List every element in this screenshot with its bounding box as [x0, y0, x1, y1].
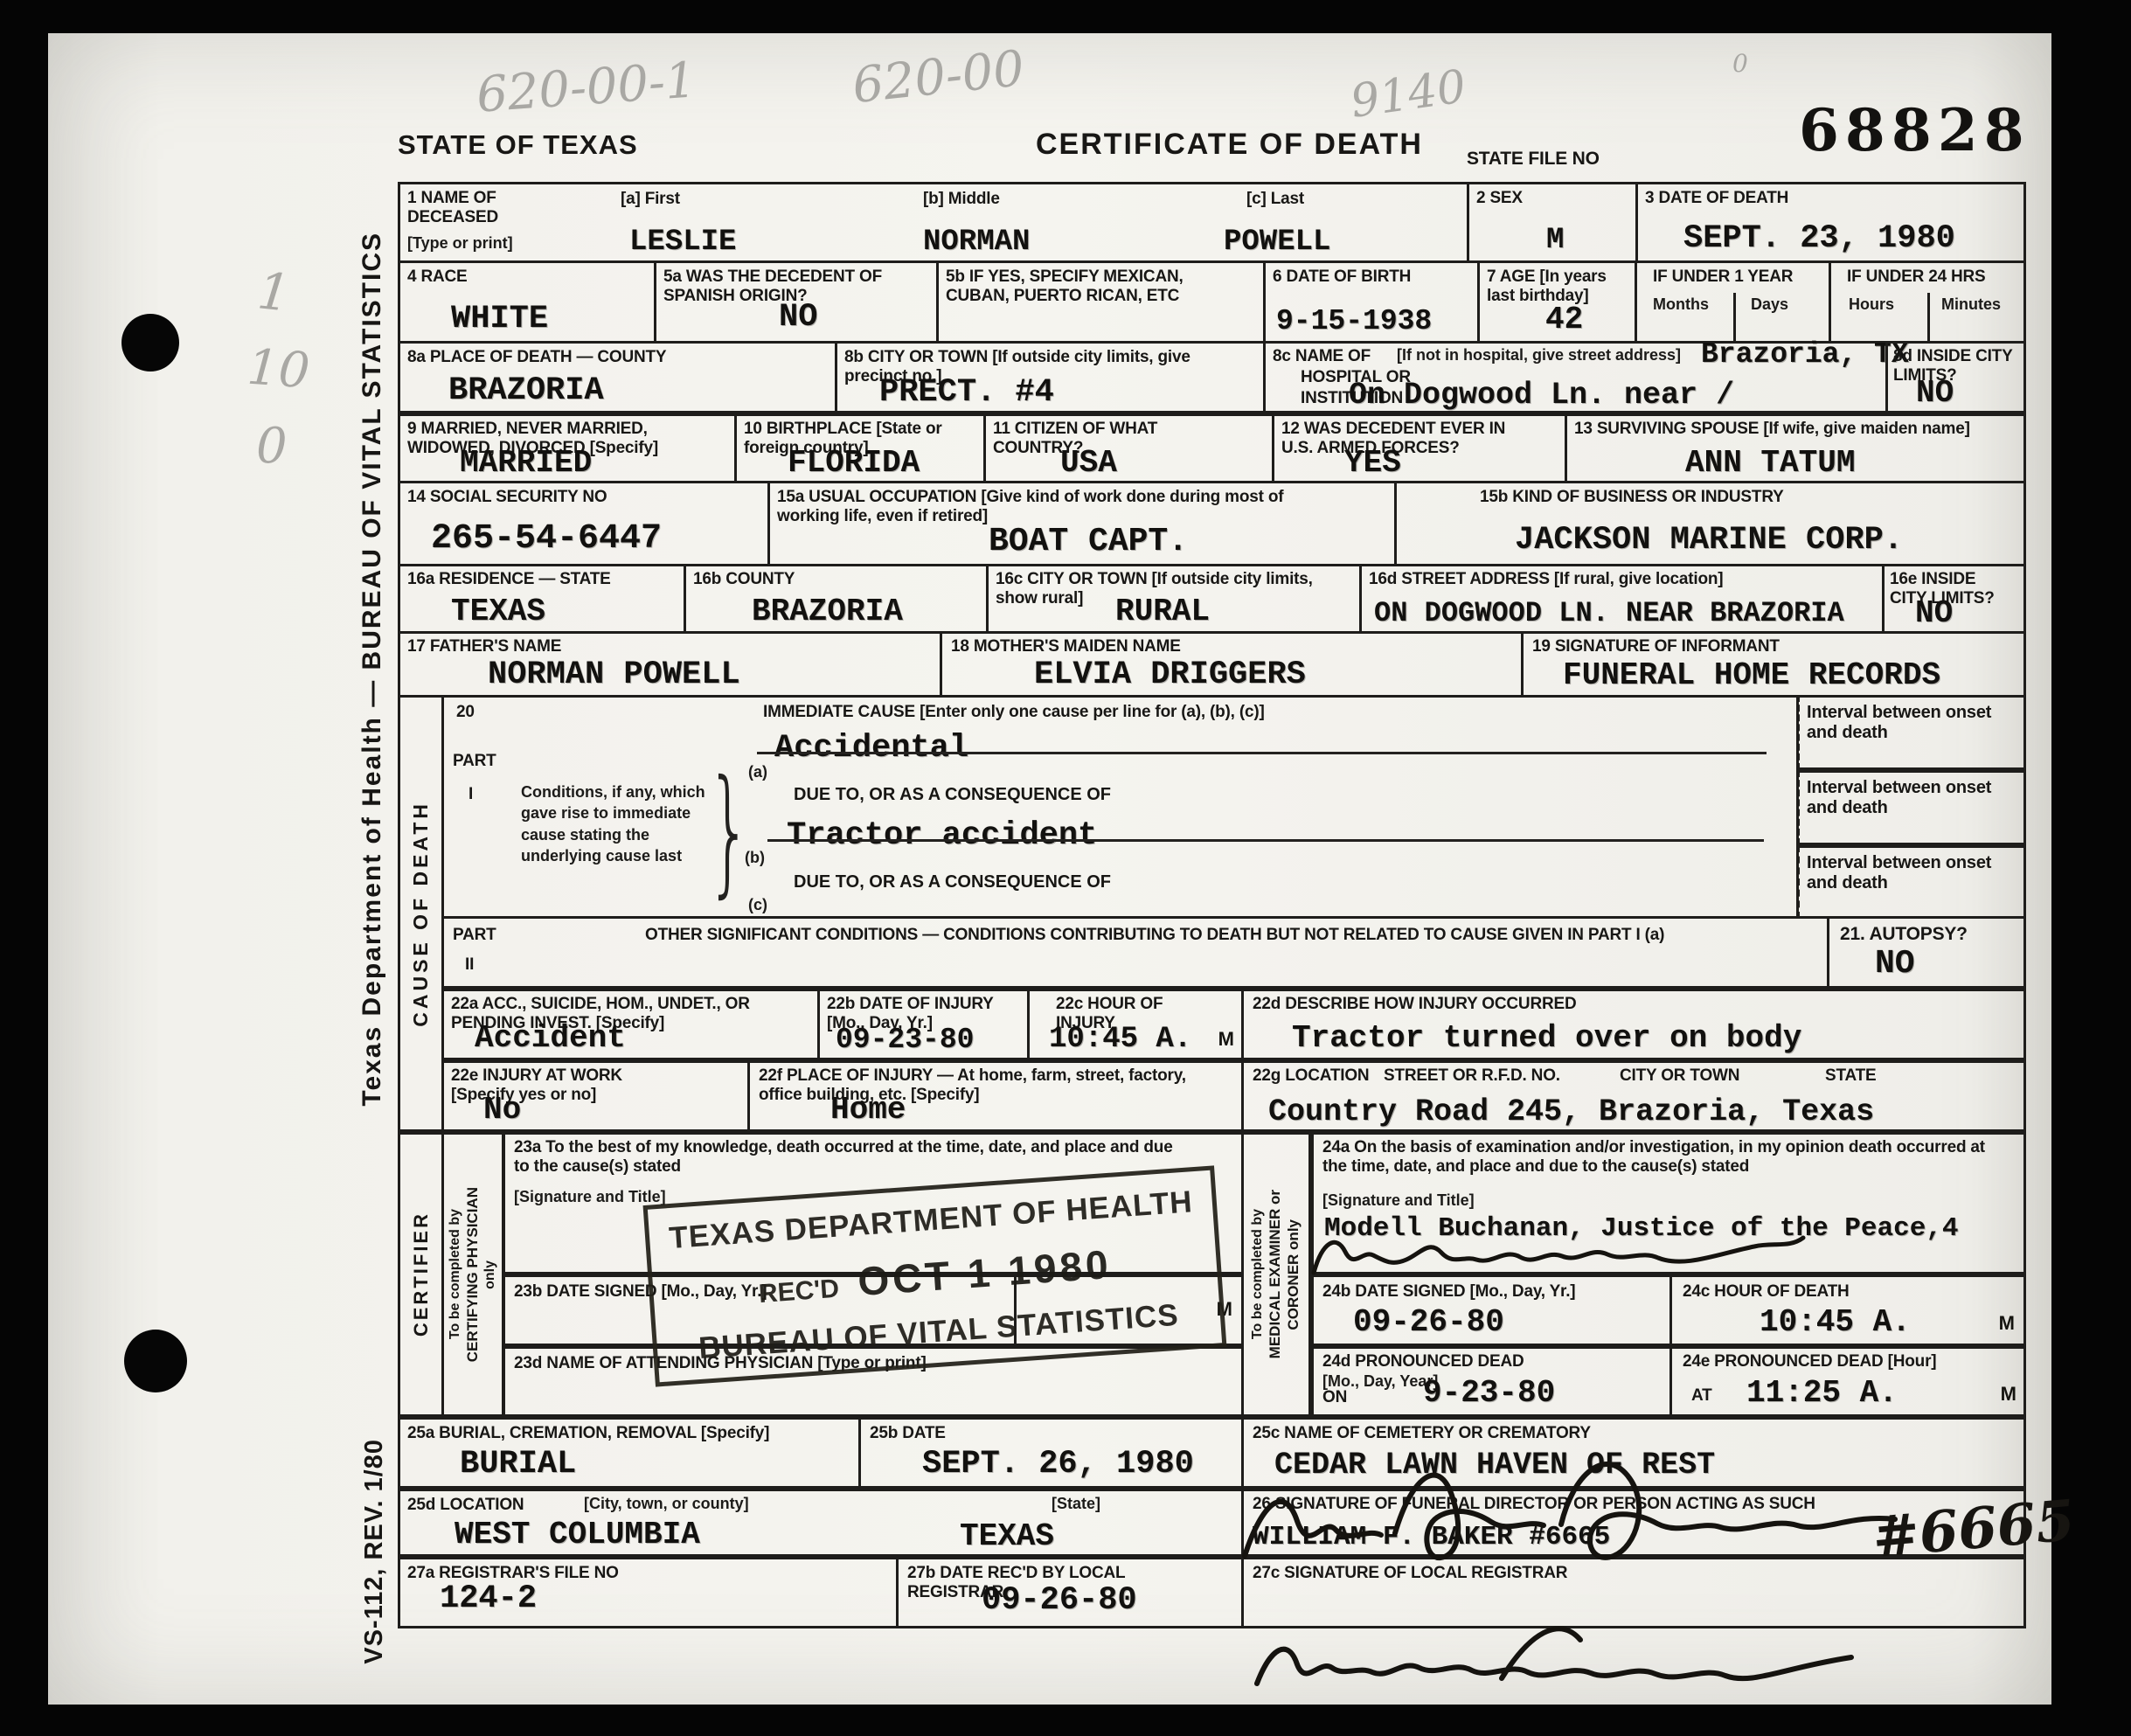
residence-inside-city-value: NO — [1915, 598, 1953, 629]
field-disposition-location: 25d LOCATION [City, town, or county] [St… — [398, 1489, 1244, 1557]
interval-label: Interval between onset and death — [1807, 853, 1999, 893]
residence-city-value: RURAL — [1115, 596, 1210, 628]
field-date-received: 27b DATE REC'D BY LOCAL REGISTRAR 09-26-… — [896, 1557, 1244, 1628]
date-of-birth-value: 9-15-1938 — [1276, 307, 1432, 336]
field-injury-location: 22g LOCATION STREET OR R.F.D. NO. CITY O… — [1241, 1060, 2026, 1132]
first-name-label: [a] First — [621, 190, 680, 209]
field-label: 2 SEX — [1476, 189, 1523, 208]
date-received-value: 09-26-80 — [982, 1585, 1137, 1617]
field-hospital-or-institution: 8c NAME OF [If not in hospital, give str… — [1263, 341, 1888, 413]
immediate-cause-label: IMMEDIATE CAUSE [Enter only one cause pe… — [763, 703, 1427, 722]
field-label: 21. AUTOPSY? — [1840, 924, 1968, 945]
field-label: 8d INSIDE CITY LIMITS? — [1893, 347, 2016, 385]
field-label: 8c NAME OF — [1273, 347, 1371, 366]
line-c-tag: (c) — [748, 897, 767, 914]
punch-hole-top — [121, 314, 179, 372]
field-disposition: 25a BURIAL, CREMATION, REMOVAL [Specify]… — [398, 1417, 861, 1489]
location-hint: [City, town, or county] — [584, 1496, 749, 1513]
part1-label: PART — [453, 752, 496, 771]
field-residence-county: 16b COUNTY BRAZORIA — [684, 564, 989, 634]
spouse-value: ANN TATUM — [1685, 448, 1855, 479]
registrar-file-no-value: 124-2 — [440, 1583, 537, 1615]
interval-box-b: Interval between onset and death — [1796, 770, 2026, 845]
field-label: 25a BURIAL, CREMATION, REMOVAL [Specify] — [407, 1424, 769, 1443]
field-residence-city: 16c CITY OR TOWN [If outside city limits… — [986, 564, 1362, 634]
due-to-label-b: DUE TO, OR AS A CONSEQUENCE OF — [794, 872, 1111, 892]
place-of-injury-value: Home — [830, 1094, 906, 1126]
field-label: 12 WAS DECEDENT EVER IN U.S. ARMED FORCE… — [1281, 420, 1535, 457]
line-a-tag: (a) — [748, 764, 767, 781]
describe-injury-value: Tractor turned over on body — [1292, 1023, 1801, 1054]
date-signed-24b-value: 09-26-80 — [1353, 1307, 1504, 1338]
hours-label: Hours — [1849, 296, 1894, 314]
field-label: IF UNDER 24 HRS — [1847, 267, 1986, 287]
field-hint: [If not in hospital, give street address… — [1397, 347, 1681, 365]
field-ssn: 14 SOCIAL SECURITY NO 265-54-6447 — [398, 481, 770, 566]
age-value: 42 — [1545, 304, 1583, 336]
location-street-label: STREET OR R.F.D. NO. — [1384, 1066, 1560, 1086]
field-label: 15a USUAL OCCUPATION [Give kind of work … — [777, 488, 1328, 525]
physician-strip-line2: CERTIFYING PHYSICIAN — [464, 1187, 482, 1362]
state-hint: [State] — [1052, 1496, 1100, 1513]
pronounced-hour-value: 11:25 A. — [1746, 1378, 1898, 1409]
hour-of-death-value: 10:45 A. — [1760, 1307, 1911, 1338]
autopsy-value: NO — [1875, 948, 1915, 981]
citizen-value: USA — [1060, 448, 1117, 479]
field-label: 22g LOCATION — [1253, 1066, 1369, 1086]
pronounced-at-label: AT — [1691, 1386, 1712, 1406]
margin-department-strip: Texas Department of Health — BUREAU OF V… — [350, 184, 395, 1154]
field-label: 13 SURVIVING SPOUSE [If wife, give maide… — [1574, 420, 2011, 439]
armed-forces-value: YES — [1344, 448, 1401, 479]
sub-divider — [1927, 293, 1930, 341]
cause-of-death-part2: PART II OTHER SIGNIFICANT CONDITIONS — C… — [441, 916, 1829, 989]
field-label: 25d LOCATION — [407, 1496, 524, 1515]
race-value: WHITE — [451, 303, 548, 336]
field-marital-status: 9 MARRIED, NEVER MARRIED, WIDOWED, DIVOR… — [398, 413, 737, 483]
field-sex: 2 SEX M — [1467, 182, 1638, 263]
field-label: 4 RACE — [407, 267, 467, 287]
location-city-label: CITY OR TOWN — [1620, 1066, 1739, 1086]
injury-date-value: 09-23-80 — [836, 1025, 974, 1054]
department-vertical-label: Texas Department of Health — BUREAU OF V… — [357, 232, 387, 1107]
conditions-note: Conditions, if any, which gave rise to i… — [521, 781, 709, 866]
disposition-date-value: SEPT. 26, 1980 — [922, 1448, 1194, 1481]
field-label: 16b COUNTY — [693, 570, 795, 589]
state-file-number: 68828 — [1799, 96, 2030, 164]
field-hint: [Type or print] — [407, 235, 513, 253]
field-label: 22f PLACE OF INJURY — At home, farm, str… — [759, 1066, 1213, 1104]
medical-strip-line2: MEDICAL EXAMINER or — [1267, 1190, 1284, 1358]
certification-statement-24a: 24a On the basis of examination and/or i… — [1322, 1138, 1996, 1176]
field-number: 20 — [456, 703, 475, 722]
field-date-of-injury: 22b DATE OF INJURY [Mo., Day, Yr.] 09-23… — [817, 989, 1030, 1060]
disposition-location-value: WEST COLUMBIA — [455, 1519, 700, 1551]
last-name-value: POWELL — [1224, 227, 1330, 257]
state-file-no-label: STATE FILE NO — [1467, 149, 1600, 170]
field-label: 16d STREET ADDRESS [If rural, give locat… — [1369, 570, 1723, 589]
field-surviving-spouse: 13 SURVIVING SPOUSE [If wife, give maide… — [1565, 413, 2026, 483]
field-disposition-date: 25b DATE SEPT. 26, 1980 — [858, 1417, 1244, 1489]
field-label: 16a RESIDENCE — STATE — [407, 570, 611, 589]
injury-hour-m-suffix: M — [1218, 1028, 1234, 1051]
interval-label: Interval between onset and death — [1807, 778, 1999, 818]
months-label: Months — [1653, 296, 1709, 314]
medical-strip-line3: CORONER only — [1285, 1219, 1302, 1330]
field-date-of-birth: 6 DATE OF BIRTH 9-15-1938 — [1263, 260, 1480, 344]
field-label: 19 SIGNATURE OF INFORMANT — [1532, 637, 1780, 656]
field-label: 15b KIND OF BUSINESS OR INDUSTRY — [1480, 488, 1784, 507]
field-armed-forces: 12 WAS DECEDENT EVER IN U.S. ARMED FORCE… — [1272, 413, 1567, 483]
occupation-value: BOAT CAPT. — [989, 525, 1188, 559]
field-label: IF UNDER 1 YEAR — [1653, 267, 1793, 287]
field-father-name: 17 FATHER'S NAME NORMAN POWELL — [398, 631, 942, 698]
field-informant-signature: 19 SIGNATURE OF INFORMANT FUNERAL HOME R… — [1521, 631, 2026, 698]
manner-value: Accident — [475, 1023, 626, 1054]
disposition-value: BURIAL — [460, 1448, 576, 1481]
disposition-state-value: TEXAS — [960, 1521, 1054, 1552]
inside-city-value: NO — [1916, 378, 1954, 409]
part2-label: PART — [453, 926, 496, 945]
cause-line-b-value: Tractor accident — [787, 820, 1097, 852]
cause-line-b-rule — [767, 839, 1764, 842]
pronounced-date-value: 9-23-80 — [1423, 1378, 1555, 1409]
local-registrar-signature — [1248, 1598, 1860, 1707]
institution-city-value: Brazoria, TX — [1701, 340, 1909, 369]
certifier-strip: CERTIFIER — [398, 1132, 444, 1417]
pronounced-hour-m-suffix: M — [2001, 1383, 2016, 1406]
brace-glyph: } — [706, 762, 752, 900]
field-race: 4 RACE WHITE — [398, 260, 656, 344]
days-label: Days — [1751, 296, 1788, 314]
business-value: JACKSON MARINE CORP. — [1515, 524, 1903, 557]
first-name-value: LESLIE — [629, 227, 736, 257]
field-mother-maiden-name: 18 MOTHER'S MAIDEN NAME ELVIA DRIGGERS — [940, 631, 1524, 698]
sex-value: M — [1546, 226, 1564, 255]
field-24d-pronounced-dead: 24d PRONOUNCED DEAD [Mo., Day, Year] ON … — [1311, 1346, 1672, 1417]
field-label: 3 DATE OF DEATH — [1645, 189, 1788, 208]
field-label: 8a PLACE OF DEATH — COUNTY — [407, 348, 666, 367]
part2-roman: II — [465, 955, 474, 975]
father-name-value: NORMAN POWELL — [488, 659, 740, 691]
injury-at-work-value: No — [483, 1094, 521, 1126]
punch-hole-bottom — [124, 1330, 187, 1392]
field-citizen: 11 CITIZEN OF WHAT COUNTRY? USA — [983, 413, 1274, 483]
state-of-texas-title: STATE OF TEXAS — [398, 129, 638, 160]
field-injury-at-work: 22e INJURY AT WORK [Specify yes or no] N… — [441, 1060, 750, 1132]
line-b-tag: (b) — [745, 850, 765, 867]
cause-of-death-vertical-label: CAUSE OF DEATH — [409, 801, 433, 1027]
middle-name-value: NORMAN — [923, 227, 1030, 257]
field-date-of-death: 3 DATE OF DEATH SEPT. 23, 1980 — [1635, 182, 2026, 263]
field-label: 7 AGE [In years last birthday] — [1487, 267, 1618, 305]
injury-hour-value: 10:45 A. — [1049, 1024, 1191, 1054]
hour-of-death-m-suffix: M — [1999, 1312, 2015, 1335]
field-24e-pronounced-hour: 24e PRONOUNCED DEAD [Hour] AT 11:25 A. M — [1669, 1346, 2026, 1417]
date-of-death-value: SEPT. 23, 1980 — [1683, 223, 1955, 255]
field-registrar-file-no: 27a REGISTRAR'S FILE NO 124-2 — [398, 1557, 899, 1628]
part2-text: OTHER SIGNIFICANT CONDITIONS — CONDITION… — [645, 926, 1816, 945]
medical-strip-line1: To be completed by — [1250, 1209, 1266, 1339]
field-label: 14 SOCIAL SECURITY NO — [407, 488, 607, 507]
signature-title-hint: [Signature and Title] — [514, 1189, 666, 1206]
physician-strip-line3: only — [482, 1260, 498, 1289]
field-hour-of-injury: 22c HOUR OF INJURY 10:45 A. M — [1027, 989, 1244, 1060]
ssn-value: 265-54-6447 — [431, 522, 662, 557]
field-label: 6 DATE OF BIRTH — [1273, 267, 1465, 287]
field-label: 22d DESCRIBE HOW INJURY OCCURRED — [1253, 995, 1576, 1014]
field-describe-injury: 22d DESCRIBE HOW INJURY OCCURRED Tractor… — [1241, 989, 2026, 1060]
part1-roman: I — [469, 785, 473, 804]
stamp-date: OCT 1 1980 — [857, 1240, 1114, 1305]
certifier-vertical-label: CERTIFIER — [410, 1212, 433, 1337]
stamp-recd: REC'D — [758, 1274, 840, 1309]
field-inside-city-limits-8d: 8d INSIDE CITY LIMITS? NO — [1885, 341, 2026, 413]
marital-value: MARRIED — [460, 448, 592, 479]
field-if-under-24-hrs: IF UNDER 24 HRS Hours Minutes — [1829, 260, 2026, 344]
certifying-physician-strip: To be completed by CERTIFYING PHYSICIAN … — [441, 1132, 504, 1417]
field-occupation: 15a USUAL OCCUPATION [Give kind of work … — [767, 481, 1397, 566]
margin-form-code-strip: VS-112, REV. 1/80 — [351, 1399, 397, 1705]
field-label: 24d PRONOUNCED DEAD — [1322, 1352, 1524, 1371]
field-name-of-deceased: 1 NAME OF DECEASED [Type or print] [a] F… — [398, 182, 1469, 263]
certificate-title: CERTIFICATE OF DEATH — [1036, 128, 1423, 162]
birthplace-value: FLORIDA — [788, 448, 920, 479]
field-inside-city-limits-16e: 16e INSIDE CITY LIMITS? NO — [1882, 564, 2026, 634]
field-place-of-death-city: 8b CITY OR TOWN [If outside city limits,… — [835, 341, 1266, 413]
interval-box-c: Interval between onset and death — [1796, 845, 2026, 919]
cause-of-death-strip: CAUSE OF DEATH — [398, 695, 444, 1132]
pencil-margin-mark: 10 — [246, 339, 312, 400]
medical-examiner-strip: To be completed by MEDICAL EXAMINER or C… — [1241, 1132, 1311, 1417]
field-label: 16e INSIDE CITY LIMITS? — [1890, 570, 2016, 608]
injury-location-value: Country Road 245, Brazoria, Texas — [1268, 1097, 1874, 1128]
field-autopsy: 21. AUTOPSY? NO — [1827, 916, 2026, 989]
medical-examiner-signature — [1307, 1222, 1809, 1292]
cause-line-a-rule — [757, 752, 1767, 754]
field-label: 17 FATHER'S NAME — [407, 637, 561, 656]
place-county-value: BRAZORIA — [448, 375, 604, 407]
field-spanish-specify: 5b IF YES, SPECIFY MEXICAN, CUBAN, PUERT… — [936, 260, 1266, 344]
field-if-under-1-year: IF UNDER 1 YEAR Months Days — [1635, 260, 1831, 344]
field-business: 15b KIND OF BUSINESS OR INDUSTRY JACKSON… — [1394, 481, 2026, 566]
interval-label: Interval between onset and death — [1807, 703, 1999, 743]
funeral-director-signature — [1234, 1423, 1907, 1594]
informant-value: FUNERAL HOME RECORDS — [1563, 660, 1940, 691]
field-residence-street: 16d STREET ADDRESS [If rural, give locat… — [1359, 564, 1885, 634]
field-manner-of-death: 22a ACC., SUICIDE, HOM., UNDET., OR PEND… — [441, 989, 820, 1060]
pencil-margin-mark: 1 — [255, 260, 294, 323]
form-code-vertical-label: VS-112, REV. 1/80 — [360, 1439, 389, 1664]
field-label: 18 MOTHER'S MAIDEN NAME — [951, 637, 1181, 656]
interval-box-a: Interval between onset and death — [1796, 695, 2026, 770]
due-to-label-a: DUE TO, OR AS A CONSEQUENCE OF — [794, 785, 1111, 805]
sub-divider — [1733, 293, 1736, 341]
field-label: 24e PRONOUNCED DEAD [Hour] — [1683, 1352, 1936, 1371]
pencil-margin-mark: 0 — [256, 418, 288, 475]
cause-of-death-part1: 20 PART I IMMEDIATE CAUSE [Enter only on… — [441, 695, 1799, 919]
middle-name-label: [b] Middle — [923, 190, 1000, 209]
scanned-death-certificate: 620-00-1 620-00 9140 0 1 10 0 Texas Depa… — [0, 0, 2131, 1736]
spanish-origin-value: NO — [779, 302, 817, 334]
field-label: 1 NAME OF DECEASED — [407, 189, 565, 226]
residence-street-value: ON DOGWOOD LN. NEAR BRAZORIA — [1374, 600, 1844, 628]
pencil-annotation: 0 — [1732, 49, 1748, 78]
certification-statement: 23a To the best of my knowledge, death o… — [514, 1138, 1178, 1176]
field-place-of-death-county: 8a PLACE OF DEATH — COUNTY BRAZORIA — [398, 341, 837, 413]
residence-county-value: BRAZORIA — [752, 596, 903, 628]
field-birthplace: 10 BIRTHPLACE [State or foreign country]… — [734, 413, 986, 483]
field-label: 25b DATE — [870, 1424, 946, 1443]
institution-street-value: On Dogwood Ln. near / — [1349, 380, 1734, 411]
mother-name-value: ELVIA DRIGGERS — [1034, 659, 1306, 691]
cause-line-a-value: Accidental — [774, 733, 968, 765]
field-age: 7 AGE [In years last birthday] 42 — [1477, 260, 1637, 344]
signature-title-hint-24: [Signature and Title] — [1322, 1192, 1475, 1210]
field-place-of-injury: 22f PLACE OF INJURY — At home, farm, str… — [747, 1060, 1244, 1132]
place-city-value: PRECT. #4 — [879, 377, 1054, 409]
pronounced-on-label: ON — [1322, 1388, 1347, 1407]
physician-strip-line1: To be completed by — [448, 1209, 463, 1339]
residence-state-value: TEXAS — [451, 596, 545, 628]
field-label: 5b IF YES, SPECIFY MEXICAN, CUBAN, PUERT… — [946, 267, 1234, 305]
field-residence-state: 16a RESIDENCE — STATE TEXAS — [398, 564, 686, 634]
minutes-label: Minutes — [1941, 296, 2001, 314]
field-spanish-origin: 5a WAS THE DECEDENT OF SPANISH ORIGIN? N… — [654, 260, 939, 344]
location-state-label: STATE — [1825, 1066, 1876, 1086]
last-name-label: [c] Last — [1246, 190, 1304, 209]
